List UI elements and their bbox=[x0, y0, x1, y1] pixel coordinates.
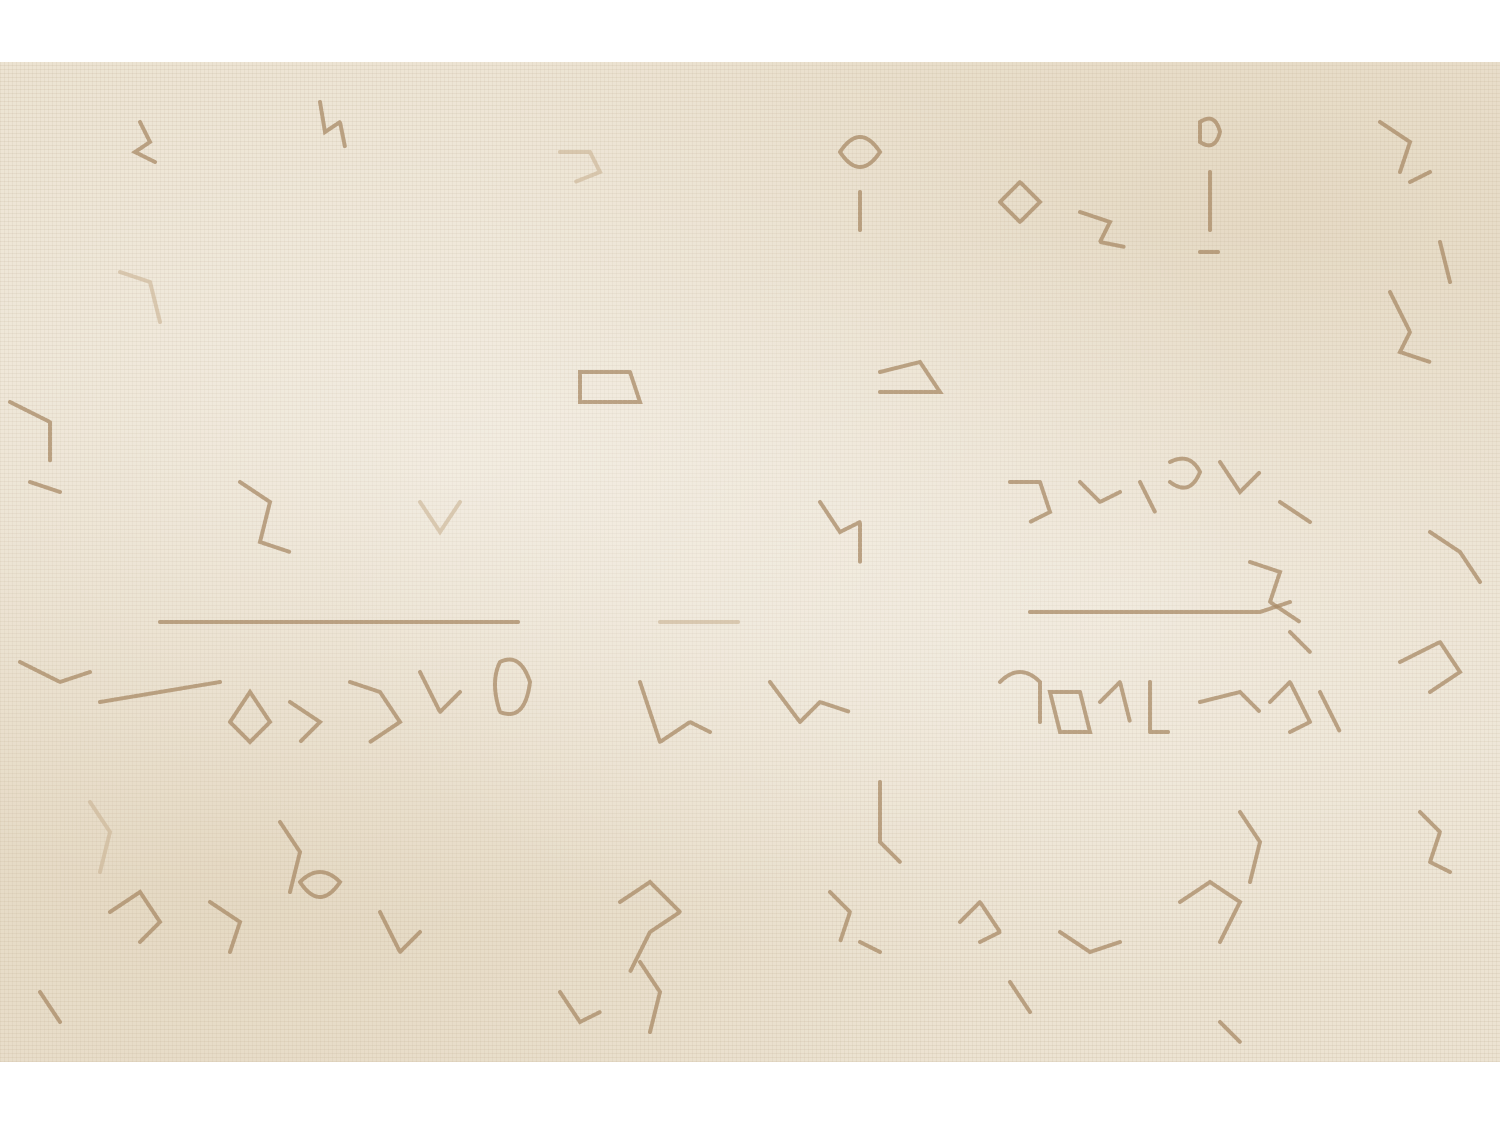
rug-texture bbox=[0, 62, 1500, 1062]
photo-canvas bbox=[0, 0, 1500, 1125]
rug-motifs bbox=[0, 62, 1500, 1062]
